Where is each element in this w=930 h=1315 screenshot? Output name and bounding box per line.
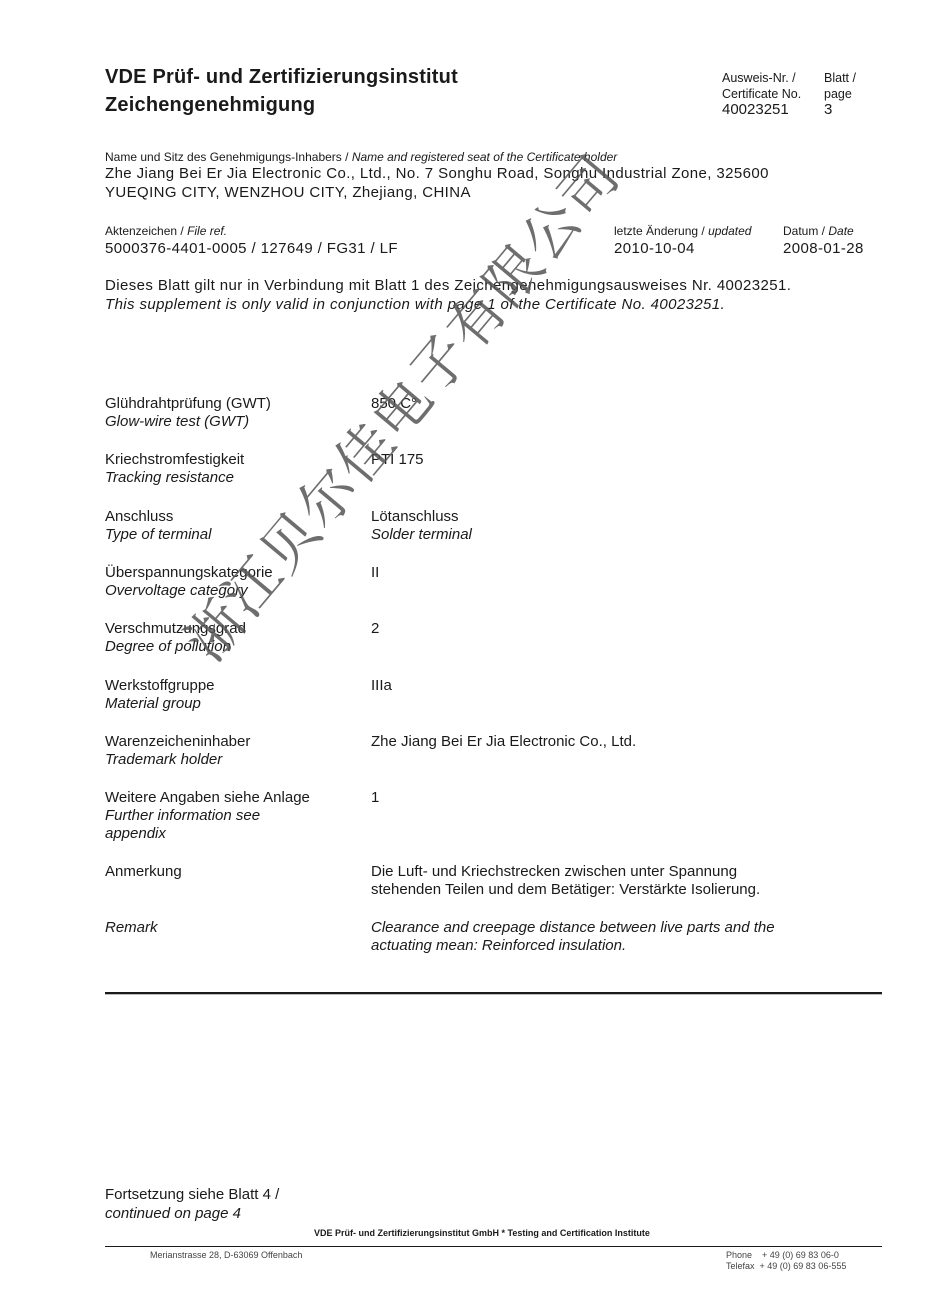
- updated-label: letzte Änderung / updated: [614, 224, 751, 238]
- footer-fax: Telefax + 49 (0) 69 83 06-555: [726, 1261, 846, 1271]
- footer-phone: Phone + 49 (0) 69 83 06-0: [726, 1250, 839, 1260]
- property-value-de: II: [371, 564, 379, 581]
- date-value: 2008-01-28: [783, 240, 864, 257]
- property-value-de: Lötanschluss: [371, 508, 459, 525]
- remark-text-en-1: Clearance and creepage distance between …: [371, 919, 775, 936]
- date-label-de: Datum /: [783, 224, 828, 238]
- section-divider: [105, 992, 882, 995]
- continuation-de: Fortsetzung siehe Blatt 4 /: [105, 1186, 279, 1203]
- property-label-de: Kriechstromfestigkeit: [105, 451, 244, 468]
- document-title: VDE Prüf- und Zertifizierungsinstitut: [105, 66, 458, 89]
- property-label-en: Material group: [105, 695, 201, 712]
- property-label-de: Anschluss: [105, 508, 173, 525]
- updated-label-en: updated: [708, 224, 751, 238]
- updated-value: 2010-10-04: [614, 240, 695, 257]
- holder-address-line1: Zhe Jiang Bei Er Jia Electronic Co., Ltd…: [105, 165, 769, 182]
- date-label-en: Date: [828, 224, 853, 238]
- remark-text-de-1: Die Luft- und Kriechstrecken zwischen un…: [371, 863, 737, 880]
- property-label-en: Trademark holder: [105, 751, 222, 768]
- property-label-en: Type of terminal: [105, 526, 211, 543]
- footer-divider: [105, 1246, 882, 1247]
- remark-label-en: Remark: [105, 919, 158, 936]
- property-value-de: 1: [371, 789, 379, 806]
- remark-text-de-2: stehenden Teilen und dem Betätiger: Vers…: [371, 881, 760, 898]
- footer-organization: VDE Prüf- und Zertifizierungsinstitut Gm…: [314, 1228, 650, 1238]
- remark-label-de: Anmerkung: [105, 863, 182, 880]
- holder-address-line2: YUEQING CITY, WENZHOU CITY, Zhejiang, CH…: [105, 184, 471, 201]
- property-label-de: Werkstoffgruppe: [105, 677, 215, 694]
- property-value-en: Solder terminal: [371, 526, 472, 543]
- property-label-en-cont: appendix: [105, 825, 166, 842]
- updated-label-de: letzte Änderung /: [614, 224, 708, 238]
- certificate-number: 40023251: [722, 101, 789, 118]
- certificate-label-en: Certificate No.: [722, 86, 801, 102]
- holder-label-de: Name und Sitz des Genehmigungs-Inhabers …: [105, 150, 352, 164]
- file-ref-label: Aktenzeichen / File ref.: [105, 224, 227, 238]
- document-subtitle: Zeichengenehmigung: [105, 94, 315, 117]
- file-ref-label-en: File ref.: [187, 224, 227, 238]
- property-label-de: Weitere Angaben siehe Anlage: [105, 789, 310, 806]
- property-value-de: Zhe Jiang Bei Er Jia Electronic Co., Ltd…: [371, 733, 636, 750]
- footer-address: Merianstrasse 28, D-63069 Offenbach: [150, 1250, 302, 1260]
- property-value-de: 2: [371, 620, 379, 637]
- file-ref-label-de: Aktenzeichen /: [105, 224, 187, 238]
- certificate-label-de: Ausweis-Nr. /: [722, 70, 796, 86]
- property-label-en: Further information see: [105, 807, 260, 824]
- file-ref-value: 5000376-4401-0005 / 127649 / FG31 / LF: [105, 240, 398, 257]
- property-value-de: IIIa: [371, 677, 392, 694]
- property-label-de: Warenzeicheninhaber: [105, 733, 250, 750]
- page-number: 3: [824, 101, 832, 118]
- holder-label: Name und Sitz des Genehmigungs-Inhabers …: [105, 150, 617, 164]
- date-label: Datum / Date: [783, 224, 854, 238]
- remark-text-en-2: actuating mean: Reinforced insulation.: [371, 937, 626, 954]
- property-label-en: Tracking resistance: [105, 469, 234, 486]
- property-label-en: Glow-wire test (GWT): [105, 413, 249, 430]
- property-label-de: Glühdrahtprüfung (GWT): [105, 395, 271, 412]
- page-label-de: Blatt /: [824, 70, 856, 86]
- validity-note-en: This supplement is only valid in conjunc…: [105, 296, 725, 313]
- page-label-en: page: [824, 86, 852, 102]
- continuation-en: continued on page 4: [105, 1205, 241, 1222]
